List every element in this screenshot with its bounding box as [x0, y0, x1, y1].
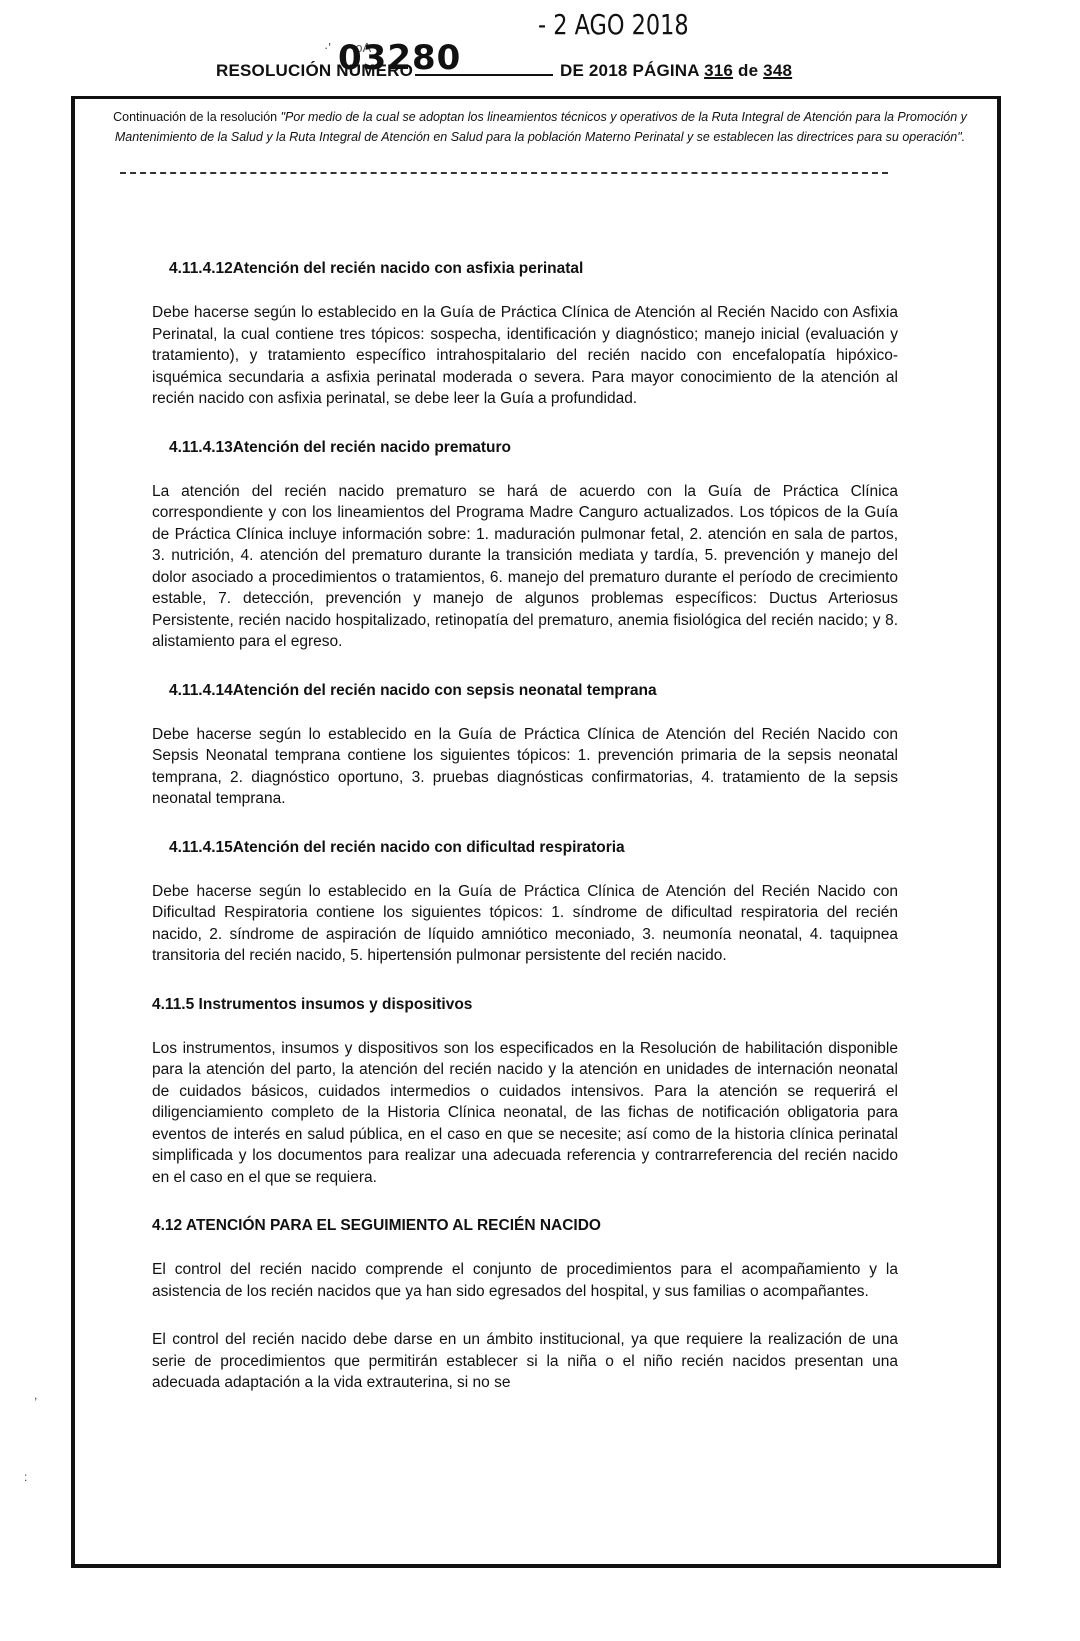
section-paragraph: La atención del recién nacido prematuro … [152, 481, 898, 653]
section-heading-4-12: 4.12 ATENCIÓN PARA EL SEGUIMIENTO AL REC… [152, 1215, 898, 1237]
section-paragraph: Debe hacerse según lo establecido en la … [152, 302, 898, 410]
document-body: 4.11.4.12Atención del recién nacido con … [152, 258, 898, 1394]
section-heading-4-11-4-15: 4.11.4.15Atención del recién nacido con … [152, 837, 898, 859]
scan-artifact: , [34, 1388, 37, 1402]
section-heading-4-11-4-13: 4.11.4.13Atención del recién nacido prem… [152, 437, 898, 459]
year-text: DE 2018 PÁGINA [560, 61, 699, 80]
resolution-number-blank [415, 60, 553, 76]
section-paragraph: El control del recién nacido comprende e… [152, 1259, 898, 1302]
section-title: ATENCIÓN PARA EL SEGUIMIENTO AL RECIÉN N… [182, 1217, 601, 1234]
date-stamp: - 2 AGO 2018 [538, 8, 689, 41]
separator-dashed-line [120, 172, 888, 174]
scan-artifact: : [24, 1470, 27, 1484]
scan-artifact: ·' [324, 40, 331, 55]
resolution-header-line: RESOLUCIÓN NÚMERO DE 2018 PÁGINA 316 de … [216, 60, 792, 81]
section-paragraph: Debe hacerse según lo establecido en la … [152, 881, 898, 967]
page-total: 348 [763, 61, 792, 80]
resolution-preamble: Continuación de la resolución "Por medio… [100, 107, 980, 147]
page-current: 316 [704, 61, 733, 80]
section-paragraph: Debe hacerse según lo establecido en la … [152, 724, 898, 810]
resolution-label: RESOLUCIÓN NÚMERO [216, 61, 413, 80]
page-header: ·' ɔA 03280 - 2 AGO 2018 RESOLUCIÓN NÚME… [0, 0, 1080, 95]
section-heading-4-11-4-14: 4.11.4.14Atención del recién nacido con … [152, 680, 898, 702]
section-number: 4.12 [152, 1217, 182, 1234]
section-paragraph: El control del recién nacido debe darse … [152, 1329, 898, 1394]
section-heading-4-11-5: 4.11.5 Instrumentos insumos y dispositiv… [152, 994, 898, 1016]
section-heading-4-11-4-12: 4.11.4.12Atención del recién nacido con … [152, 258, 898, 280]
page-of: de [738, 61, 758, 80]
preamble-prefix: Continuación de la resolución [113, 110, 280, 124]
section-paragraph: Los instrumentos, insumos y dispositivos… [152, 1038, 898, 1189]
